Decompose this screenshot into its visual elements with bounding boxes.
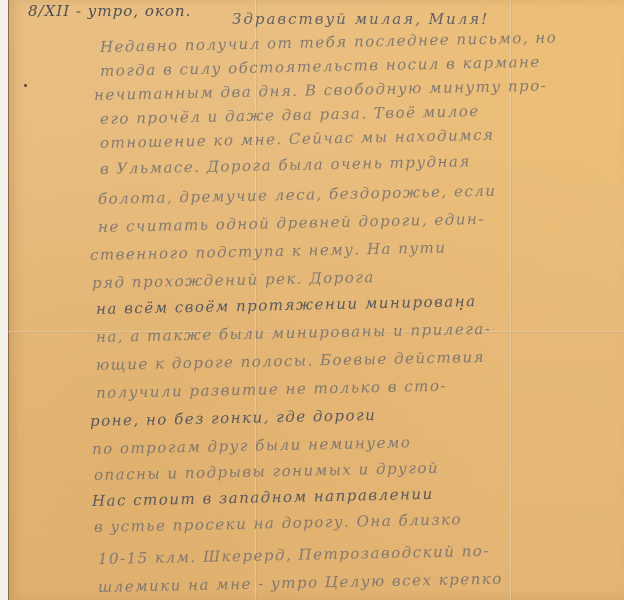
- letter-salutation: Здравствуй милая, Миля!: [232, 10, 489, 28]
- paper-speck: [24, 84, 27, 87]
- letter-date: 8/XII - утро, окоп.: [28, 2, 191, 20]
